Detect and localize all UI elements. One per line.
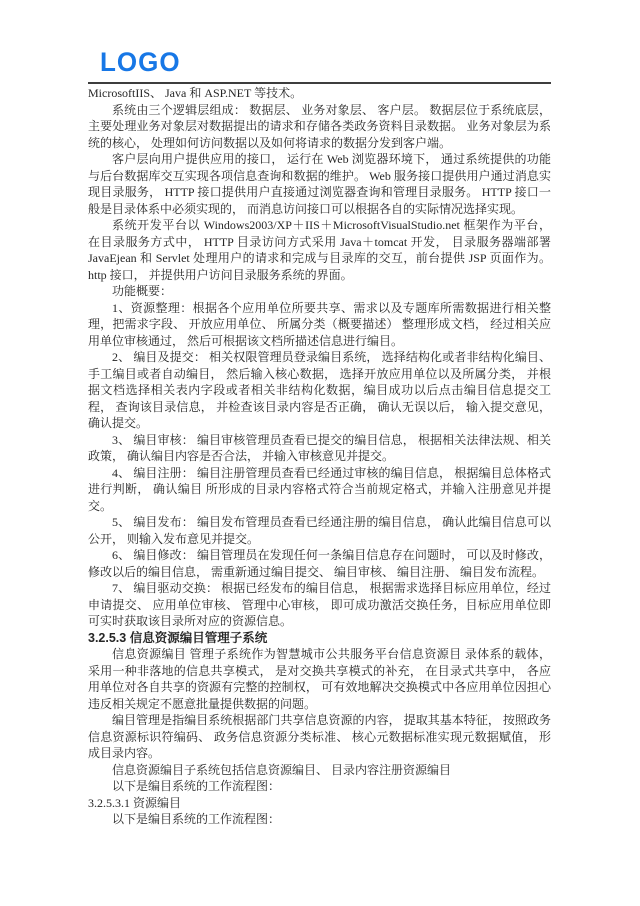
section-heading: 3.2.5.3 信息资源编目管理子系统 <box>88 630 551 647</box>
paragraph: 信息资源编目子系统包括信息资源编目、 目录内容注册资源编目 <box>88 762 551 779</box>
paragraph: 以下是编目系统的工作流程图： <box>88 811 551 828</box>
company-logo: LOGO <box>100 48 181 77</box>
paragraph: 6、 编目修改： 编目管理员在发现任何一条编目信息存在问题时， 可以及时修改， … <box>88 547 551 580</box>
paragraph: 系统由三个逻辑层组成： 数据层、 业务对象层、 客户层。 数据层位于系统底层， … <box>88 102 551 152</box>
paragraph: 以下是编目系统的工作流程图： <box>88 778 551 795</box>
paragraph: 2、 编目及提交： 相关权限管理员登录编目系统， 选择结构化或者非结构化编目、 … <box>88 349 551 432</box>
paragraph: 系统开发平台以 Windows2003/XP＋IIS＋MicrosoftVisu… <box>88 217 551 283</box>
paragraph: MicrosoftIIS、 Java 和 ASP.NET 等技术。 <box>88 85 551 102</box>
paragraph: 4、 编目注册： 编目注册管理员查看已经通过审核的编目信息， 根据编目总体格式进… <box>88 465 551 515</box>
paragraph: 3、 编目审核： 编目审核管理员查看已提交的编目信息， 根据相关法律法规、相关政… <box>88 432 551 465</box>
paragraph: 编目管理是指编目系统根据部门共享信息资源的内容， 提取其基本特征， 按照政务信息… <box>88 712 551 762</box>
paragraph: 5、 编目发布： 编目发布管理员查看已经通注册的编目信息， 确认此编目信息可以公… <box>88 514 551 547</box>
paragraph: 1、资源整理：根据各个应用单位所要共享、需求以及专题库所需数据进行相关整理，把需… <box>88 300 551 350</box>
document-page: LOGO MicrosoftIIS、 Java 和 ASP.NET 等技术。系统… <box>0 0 640 906</box>
document-body: MicrosoftIIS、 Java 和 ASP.NET 等技术。系统由三个逻辑… <box>88 85 551 828</box>
paragraph: 信息资源编目 管理子系统作为智慧城市公共服务平台信息资源目 录体系的载体， 采用… <box>88 646 551 712</box>
subsection-heading: 3.2.5.3.1 资源编目 <box>88 795 551 812</box>
paragraph: 客户层向用户提供应用的接口， 运行在 Web 浏览器环境下， 通过系统提供的功能… <box>88 151 551 217</box>
paragraph: 功能概要： <box>88 283 551 300</box>
paragraph: 7、 编目驱动交换： 根据已经发布的编目信息， 根据需求选择目标应用单位，经过申… <box>88 580 551 630</box>
page-header: LOGO <box>88 0 551 84</box>
